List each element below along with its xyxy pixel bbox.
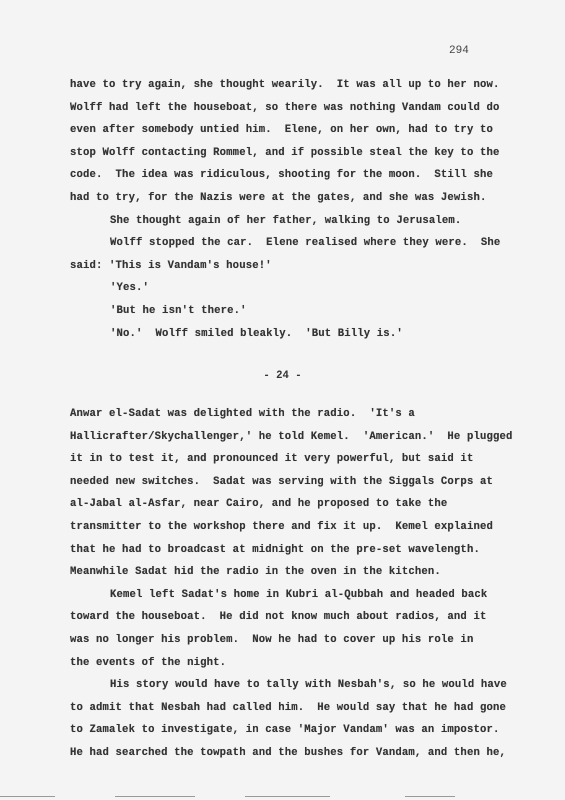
text-line: Wolff stopped the car. Elene realised wh… xyxy=(110,236,500,250)
page-number: 294 xyxy=(449,45,469,57)
text-line: stop Wolff contacting Rommel, and if pos… xyxy=(70,146,499,160)
text-line: Anwar el-Sadat was delighted with the ra… xyxy=(70,407,415,421)
text-line: to Zamalek to investigate, in case 'Majo… xyxy=(70,723,499,737)
text-line: Hallicrafter/Skychallenger,' he told Kem… xyxy=(70,430,513,444)
text-line: needed new switches. Sadat was serving w… xyxy=(70,475,493,489)
text-line: 'But he isn't there.' xyxy=(110,304,247,318)
text-line: He had searched the towpath and the bush… xyxy=(70,746,506,760)
text-line: 'Yes.' xyxy=(110,281,149,295)
text-line: toward the houseboat. He did not know mu… xyxy=(70,610,486,624)
scan-edge-line xyxy=(405,796,455,797)
text-line: His story would have to tally with Nesba… xyxy=(110,678,507,692)
text-line: al-Jabal al-Asfar, near Cairo, and he pr… xyxy=(70,497,447,511)
typescript-page: 294 have to try again, she thought weari… xyxy=(0,0,565,800)
text-line: She thought again of her father, walking… xyxy=(110,214,461,228)
scan-edge-line xyxy=(245,796,330,797)
text-line: was no longer his problem. Now he had to… xyxy=(70,633,473,647)
text-line: to admit that Nesbah had called him. He … xyxy=(70,701,506,715)
text-line: even after somebody untied him. Elene, o… xyxy=(70,123,493,137)
text-line: 'No.' Wolff smiled bleakly. 'But Billy i… xyxy=(110,327,403,341)
text-line: had to try, for the Nazis were at the ga… xyxy=(70,191,486,205)
text-line: have to try again, she thought wearily. … xyxy=(70,78,499,92)
text-line: code. The idea was ridiculous, shooting … xyxy=(70,168,493,182)
text-line: transmitter to the workshop there and fi… xyxy=(70,520,493,534)
text-line: Meanwhile Sadat hid the radio in the ove… xyxy=(70,565,441,579)
scan-edge-line xyxy=(115,796,195,797)
text-line: said: 'This is Vandam's house!' xyxy=(70,259,272,273)
section-marker: - 24 - xyxy=(0,370,565,382)
text-line: the events of the night. xyxy=(70,656,226,670)
text-line: Kemel left Sadat's home in Kubri al-Qubb… xyxy=(110,588,487,602)
text-line: it in to test it, and pronounced it very… xyxy=(70,452,473,466)
scan-edge-line xyxy=(0,796,55,797)
text-line: Wolff had left the houseboat, so there w… xyxy=(70,101,499,115)
text-line: that he had to broadcast at midnight on … xyxy=(70,543,480,557)
